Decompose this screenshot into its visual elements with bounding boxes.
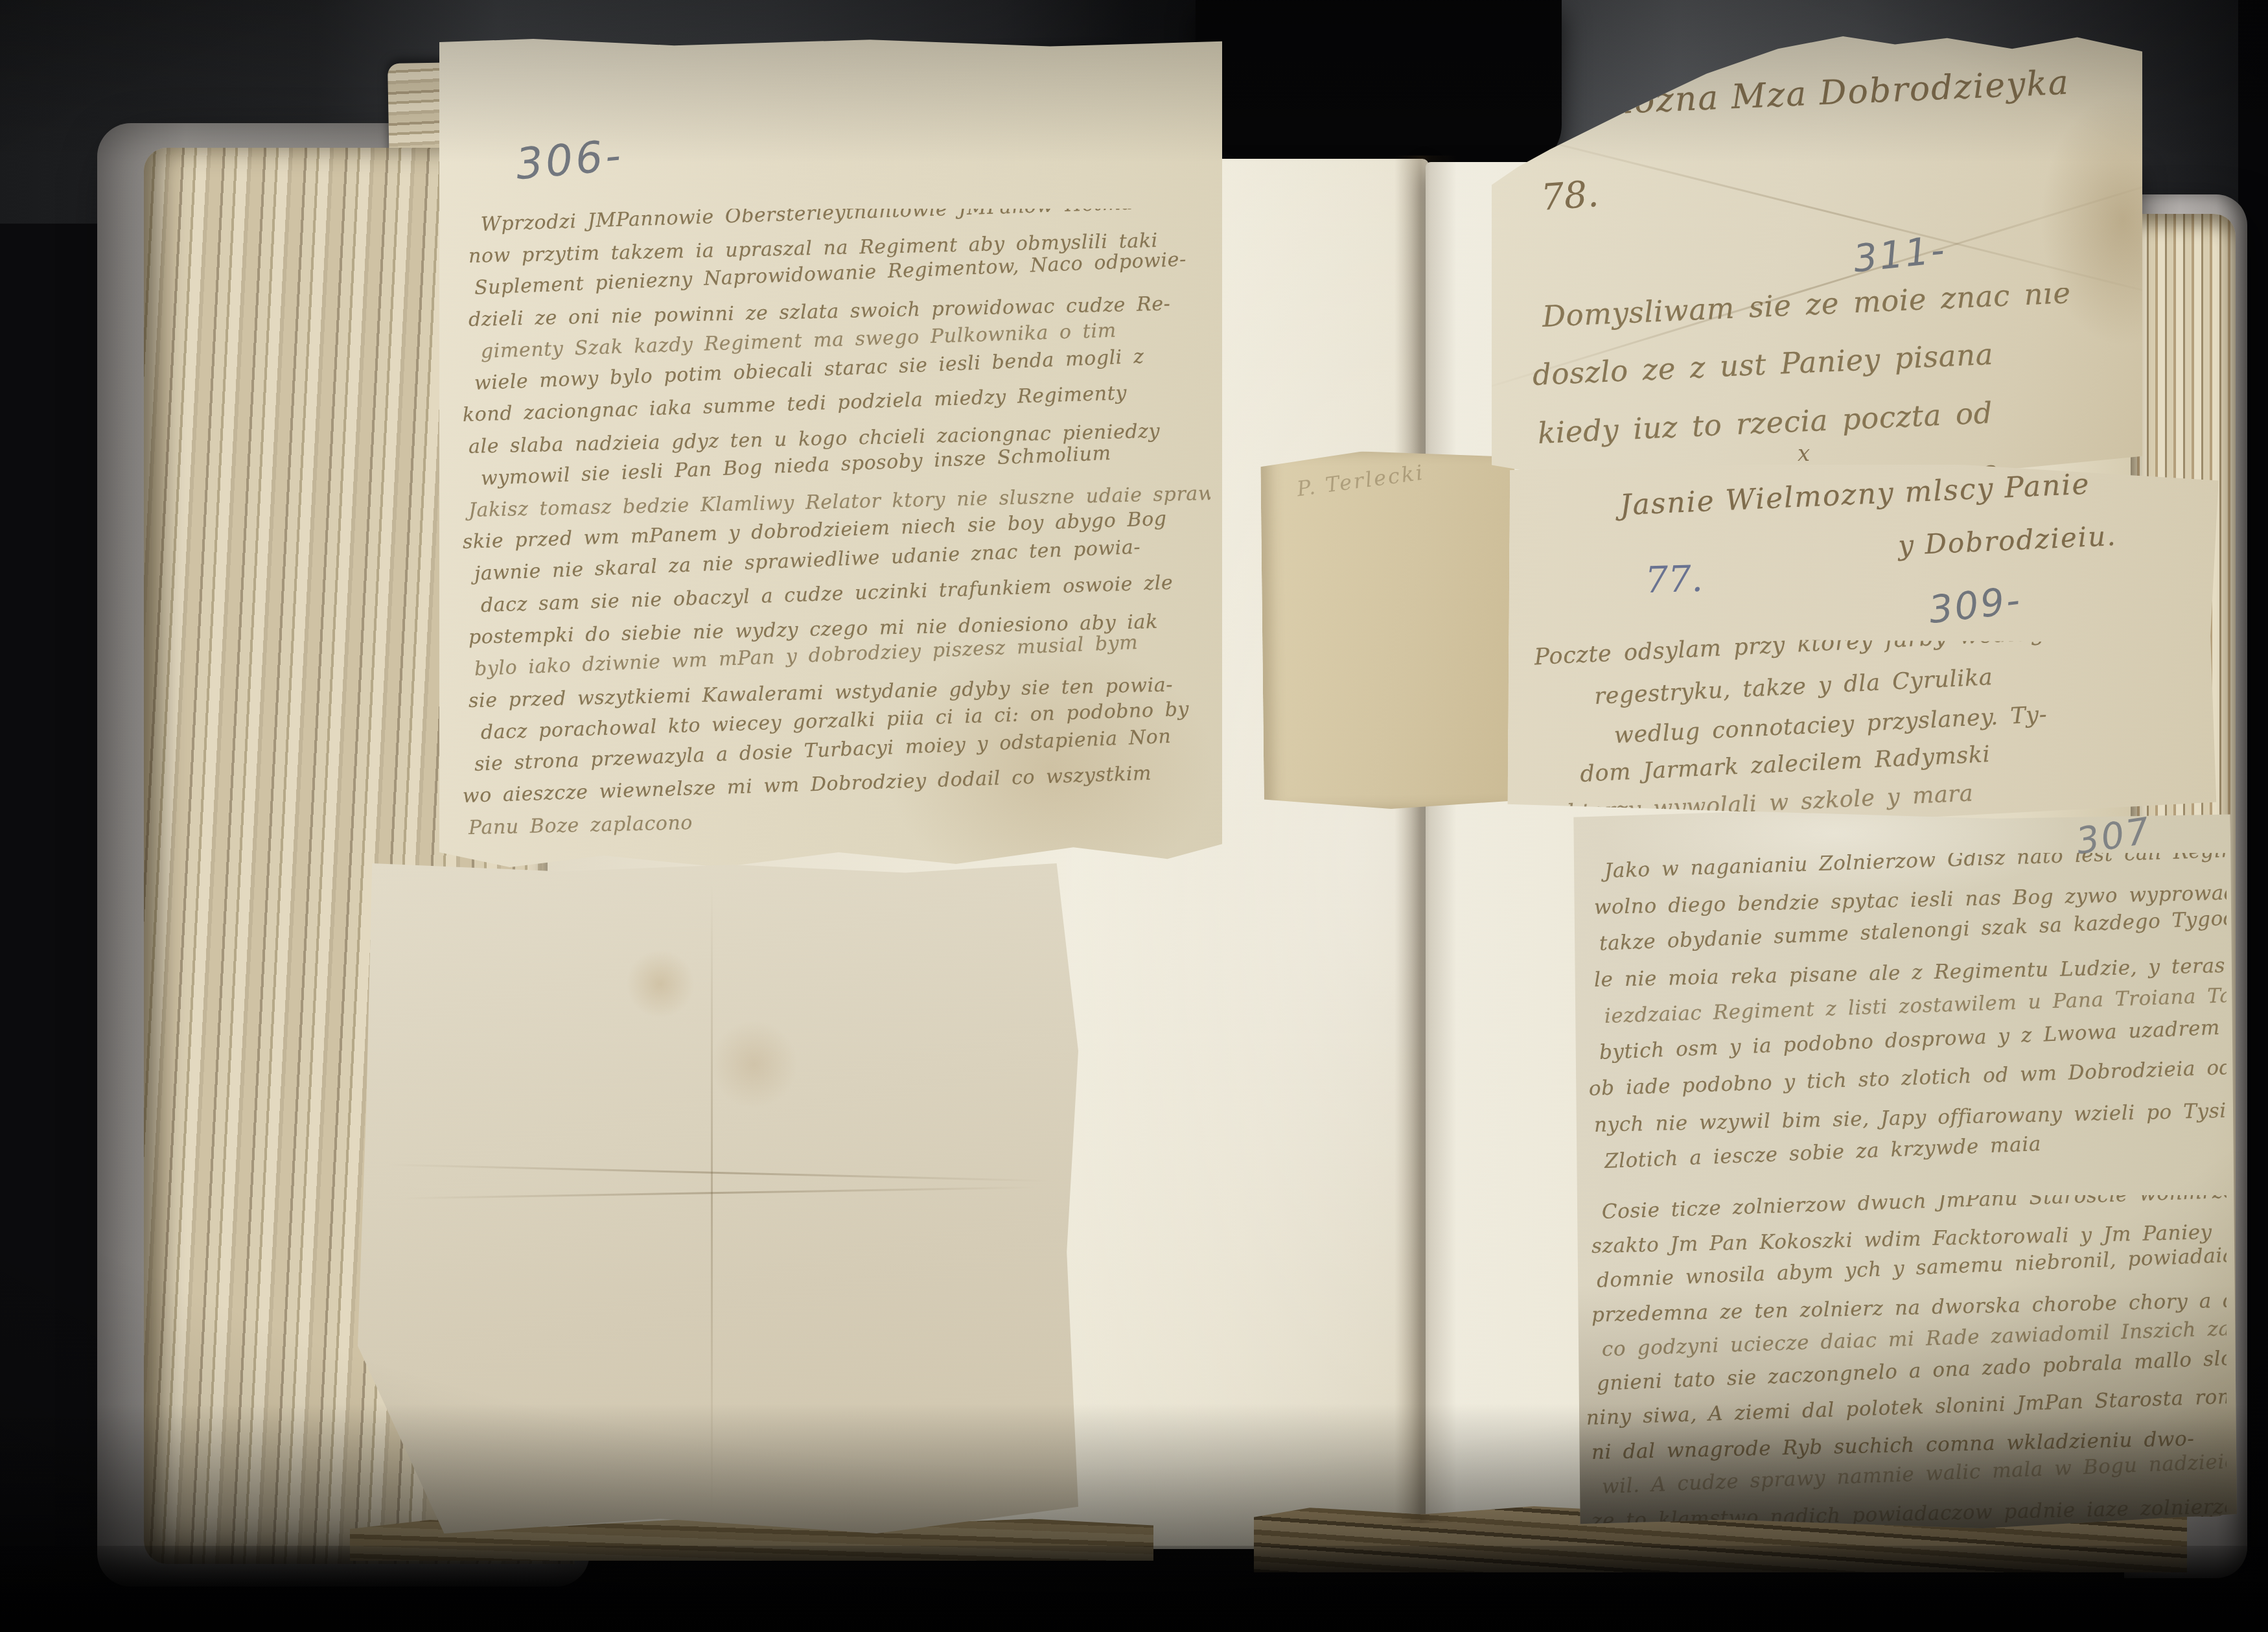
archival-page-number-309: 309- (1927, 577, 2024, 632)
manuscript-text-block-309: Poczte odsylam przy ktorey farby wedlugr… (1533, 638, 2202, 817)
manuscript-text-block-307-par1: Jako w naganianiu Zolnierzow Gdisz nato … (1589, 853, 2227, 1185)
folio-number-77: 77. (1645, 558, 1704, 601)
book-weight (1196, 0, 1562, 170)
gutter-shadow (1394, 156, 1457, 1523)
letter-309-salutation-line2: y Dobrodzieiu. (1897, 520, 2117, 561)
collation-mark: x (1798, 441, 1810, 467)
folio-number-78: 78. (1540, 173, 1600, 219)
pasted-letter-309: Jasnie Wielmozny mlscy Panie y Dobrodzie… (1507, 461, 2219, 820)
slip-inscription: P. Terlecki (1295, 460, 1426, 502)
blank-wrinkled-letter (358, 863, 1078, 1533)
crease-line (711, 883, 713, 1513)
photograph-open-manuscript-volume: 306- Wprzodzi JMPannowie Obersterleytnan… (0, 0, 2268, 1632)
bottom-shadow (0, 1546, 2268, 1632)
archival-page-number-311: 311- (1851, 227, 1949, 281)
crease-line (401, 1186, 1035, 1199)
pasted-letter-306: 306- Wprzodzi JMPannowie Obersterleytnan… (439, 39, 1222, 867)
pasted-slip: P. Terlecki (1260, 450, 1518, 810)
letter-309-salutation-line1: Jasnie Wielmozny mlscy Panie (1619, 467, 2091, 522)
manuscript-text-block-306: Wprzodzi JMPannowie Obersterleytnantowie… (463, 209, 1210, 863)
manuscript-text-block-311: Domysliwam sie ze moie znac niedoszlo ze… (1528, 288, 2123, 476)
crease-line (387, 1163, 1050, 1182)
pasted-letter-307: 307 Jako w naganianiu Zolnierzow Gdisz n… (1567, 811, 2237, 1528)
bottom-shadow-fade (1567, 1285, 2237, 1528)
archival-page-number-306: 306- (514, 130, 625, 189)
